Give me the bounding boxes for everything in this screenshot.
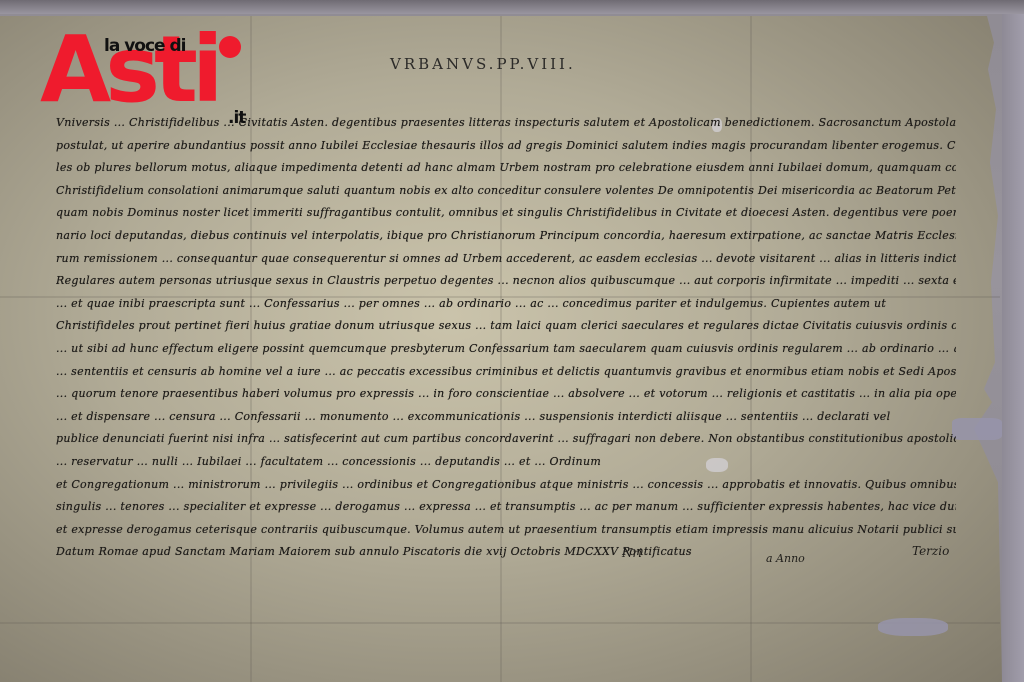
text-line: quam nobis Dominus noster licet immeriti… xyxy=(56,202,956,225)
text-line: Datum Romae apud Sanctam Mariam Maiorem … xyxy=(56,541,956,564)
text-line: publice denunciati fuerint nisi infra ..… xyxy=(56,428,956,451)
text-line: et expresse derogamus ceterisque contrar… xyxy=(56,519,956,542)
signature-center: a Anno xyxy=(766,552,805,565)
text-line: singulis ... tenores ... specialiter et … xyxy=(56,496,956,519)
damaged-hole xyxy=(878,618,948,636)
text-line: ... sententiis et censuris ab homine vel… xyxy=(56,361,956,384)
site-logo[interactable]: Asti la voce di .it xyxy=(38,36,248,131)
signature-left: Nri xyxy=(622,546,642,560)
text-line: Christifideles prout pertinet fieri huiu… xyxy=(56,315,956,338)
document-heading: VRBANVS.PP.VIII. xyxy=(390,55,576,73)
document-body: Vniversis ... Christifidelibus ... Civit… xyxy=(56,112,956,564)
text-line: et Congregationum ... ministrorum ... pr… xyxy=(56,474,956,497)
damaged-edge xyxy=(952,418,1002,440)
logo-tagline: la voce di xyxy=(104,36,186,56)
wall-background-right xyxy=(1002,14,1024,682)
text-line: nario loci deputandas, diebus continuis … xyxy=(56,225,956,248)
text-line: rum remissionem ... consequantur quae co… xyxy=(56,248,956,271)
text-line: Christifidelium consolationi animarumque… xyxy=(56,180,956,203)
text-line: ... ut sibi ad hunc effectum eligere pos… xyxy=(56,338,956,361)
text-line: ... reservatur ... nulli ... Iubilaei ..… xyxy=(56,451,956,474)
frame-top-edge xyxy=(0,0,1024,14)
logo-domain: .it xyxy=(228,108,245,128)
signature-right: Terzio xyxy=(912,544,949,558)
text-line: postulat, ut aperire abundantius possit … xyxy=(56,135,956,158)
logo-i-dot xyxy=(219,36,241,58)
text-line: ... quorum tenore praesentibus haberi vo… xyxy=(56,383,956,406)
text-line: ... et dispensare ... censura ... Confes… xyxy=(56,406,956,429)
text-line: les ob plures bellorum motus, aliaque im… xyxy=(56,157,956,180)
text-line: Regulares autem personas utriusque sexus… xyxy=(56,270,956,293)
text-line: ... et quae inibi praescripta sunt ... C… xyxy=(56,293,956,316)
